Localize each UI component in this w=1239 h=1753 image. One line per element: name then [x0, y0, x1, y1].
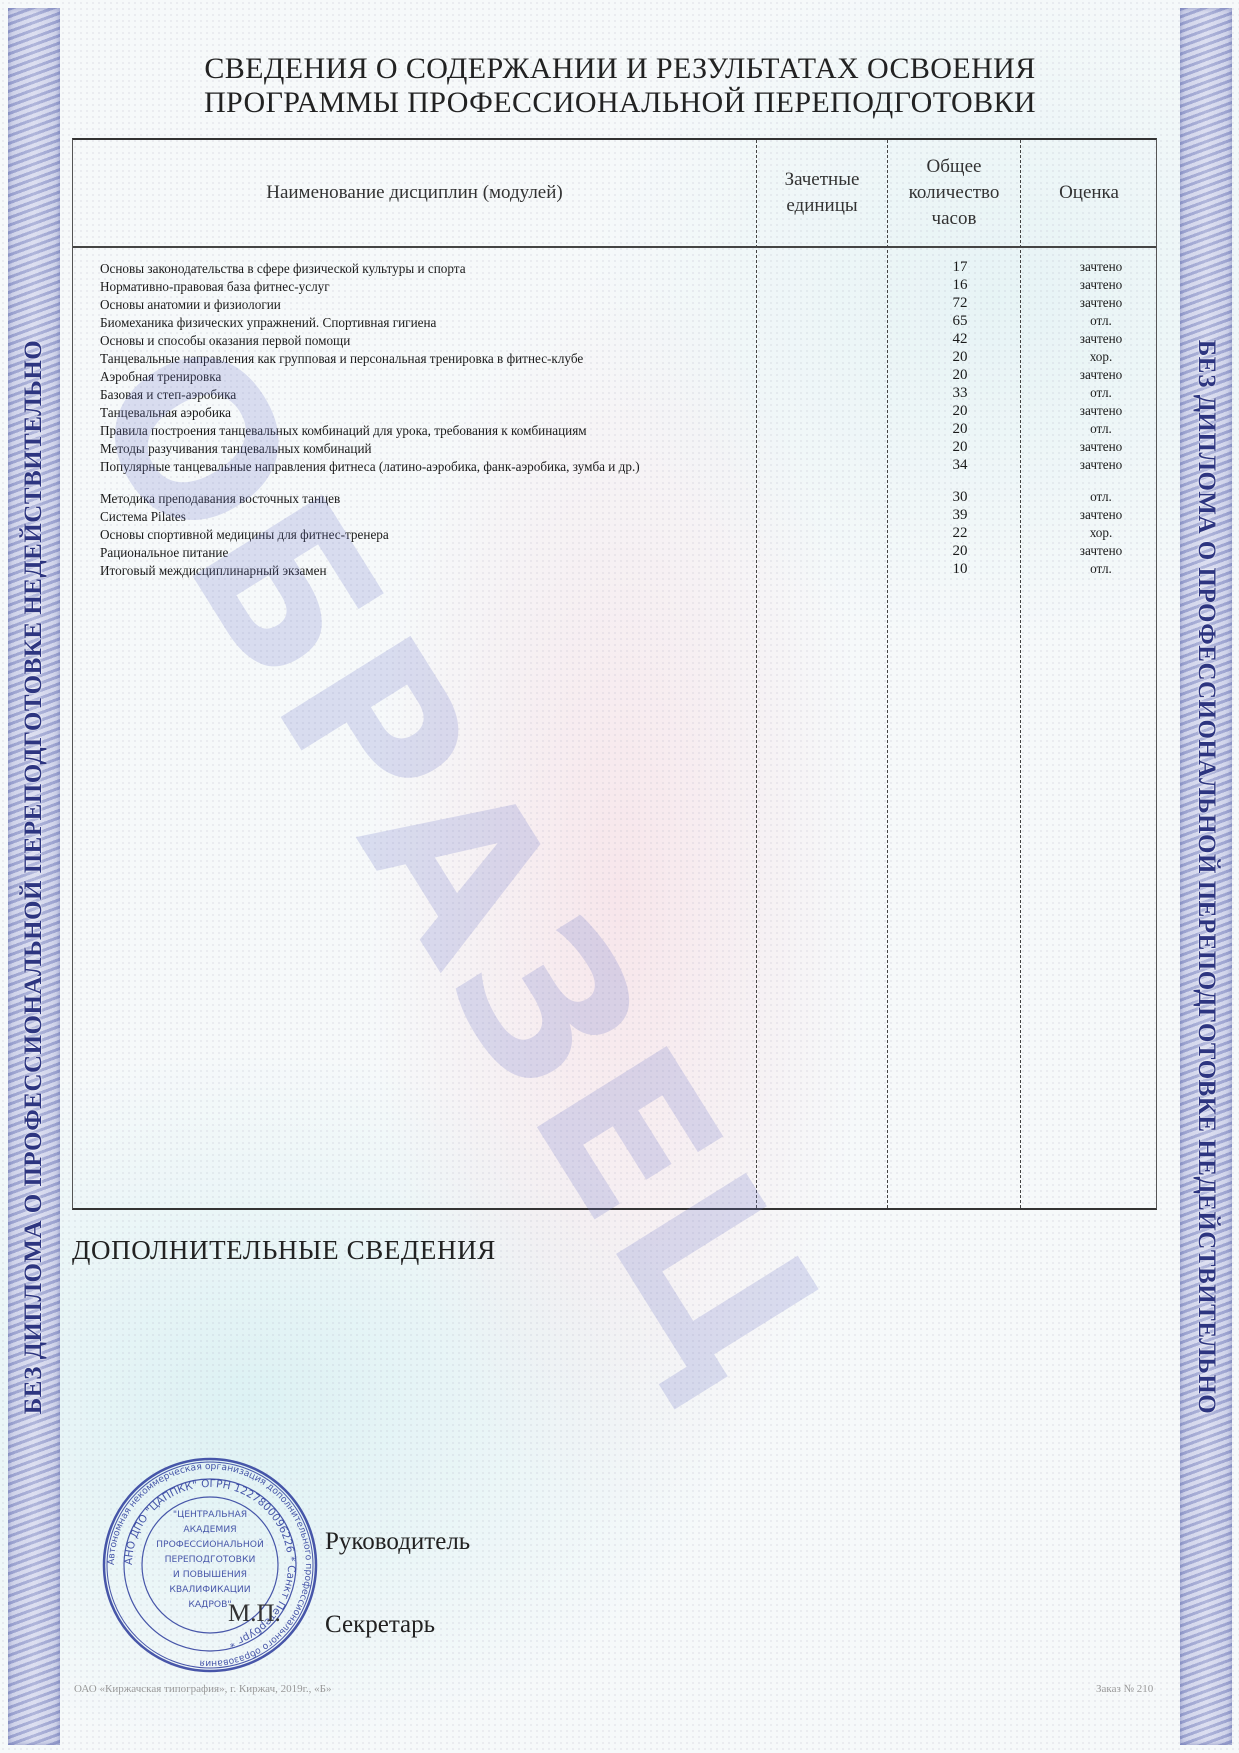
- order-number: Заказ № 210: [1096, 1683, 1153, 1695]
- printer-imprint: ОАО «Киржачская типография», г. Киржач, …: [74, 1683, 332, 1695]
- cell-name: Аэробная тренировка: [100, 370, 700, 384]
- cell-name: Правила построения танцевальных комбинац…: [100, 424, 700, 438]
- cell-grade: хор.: [1046, 526, 1156, 540]
- svg-text:"ЦЕНТРАЛЬНАЯ: "ЦЕНТРАЛЬНАЯ: [173, 1509, 247, 1520]
- cell-name: Базовая и степ-аэробика: [100, 388, 700, 402]
- cell-hours: 20: [930, 404, 990, 418]
- cell-hours: 65: [930, 314, 990, 328]
- cell-grade: зачтено: [1046, 278, 1156, 292]
- cell-grade: зачтено: [1046, 508, 1156, 522]
- cell-grade: зачтено: [1046, 296, 1156, 310]
- cell-name: Методика преподавания восточных танцев: [100, 492, 700, 506]
- svg-text:КВАЛИФИКАЦИИ: КВАЛИФИКАЦИИ: [169, 1584, 250, 1595]
- table-row: Нормативно-правовая база фитнес-услуг16з…: [100, 278, 1150, 296]
- table-row: Система Pilates39зачтено: [100, 508, 1150, 526]
- cell-name: Основы и способы оказания первой помощи: [100, 334, 700, 348]
- table-row: Популярные танцевальные направления фитн…: [100, 458, 1150, 490]
- cell-name: Методы разучивания танцевальных комбинац…: [100, 442, 700, 456]
- table-row: Рациональное питание20зачтено: [100, 544, 1150, 562]
- table-row: Танцевальные направления как групповая и…: [100, 350, 1150, 368]
- document-page: БЕЗ ДИПЛОМА О ПРОФЕССИОНАЛЬНОЙ ПЕРЕПОДГО…: [0, 0, 1239, 1753]
- cell-name: Основы законодательства в сфере физическ…: [100, 262, 700, 276]
- table-row: Биомеханика физических упражнений. Спорт…: [100, 314, 1150, 332]
- header-divider: [73, 246, 1156, 248]
- cell-hours: 17: [930, 260, 990, 274]
- table-row: Основы и способы оказания первой помощи4…: [100, 332, 1150, 350]
- left-security-border: БЕЗ ДИПЛОМА О ПРОФЕССИОНАЛЬНОЙ ПЕРЕПОДГО…: [8, 8, 60, 1745]
- table-row: Основы спортивной медицины для фитнес-тр…: [100, 526, 1150, 544]
- cell-hours: 20: [930, 544, 990, 558]
- cell-grade: зачтено: [1046, 260, 1156, 274]
- cell-hours: 72: [930, 296, 990, 310]
- header-hours-line-3: часов: [909, 206, 1000, 232]
- cell-name: Основы спортивной медицины для фитнес-тр…: [100, 528, 700, 542]
- cell-grade: зачтено: [1046, 404, 1156, 418]
- additional-info-title: ДОПОЛНИТЕЛЬНЫЕ СВЕДЕНИЯ: [72, 1235, 496, 1266]
- cell-name: Нормативно-правовая база фитнес-услуг: [100, 280, 700, 294]
- header-credits: Зачетные единицы: [757, 140, 887, 246]
- cell-hours: 20: [930, 368, 990, 382]
- left-border-text: БЕЗ ДИПЛОМА О ПРОФЕССИОНАЛЬНОЙ ПЕРЕПОДГО…: [20, 339, 48, 1413]
- cell-name: Популярные танцевальные направления фитн…: [100, 460, 700, 474]
- cell-name: Танцевальная аэробика: [100, 406, 700, 420]
- header-total-hours: Общее количество часов: [888, 140, 1020, 246]
- svg-text:КАДРОВ": КАДРОВ": [188, 1599, 231, 1610]
- title-line-1: СВЕДЕНИЯ О СОДЕРЖАНИИ И РЕЗУЛЬТАТАХ ОСВО…: [150, 52, 1090, 86]
- table-row: Итоговый междисциплинарный экзамен10отл.: [100, 562, 1150, 580]
- cell-hours: 22: [930, 526, 990, 540]
- cell-grade: зачтено: [1046, 332, 1156, 346]
- right-border-text: БЕЗ ДИПЛОМА О ПРОФЕССИОНАЛЬНОЙ ПЕРЕПОДГО…: [1192, 339, 1220, 1413]
- seal-placeholder-mark: М.П.: [228, 1600, 281, 1628]
- head-signature-label: Руководитель: [325, 1528, 470, 1556]
- page-title: СВЕДЕНИЯ О СОДЕРЖАНИИ И РЕЗУЛЬТАТАХ ОСВО…: [150, 52, 1090, 120]
- cell-grade: отл.: [1046, 386, 1156, 400]
- header-discipline-name: Наименование дисциплин (модулей): [73, 140, 756, 246]
- svg-text:ПРОФЕССИОНАЛЬНОЙ: ПРОФЕССИОНАЛЬНОЙ: [156, 1538, 264, 1550]
- table-row: Основы анатомии и физиологии72зачтено: [100, 296, 1150, 314]
- title-line-2: ПРОГРАММЫ ПРОФЕССИОНАЛЬНОЙ ПЕРЕПОДГОТОВК…: [150, 86, 1090, 120]
- header-credits-line-2: единицы: [785, 193, 860, 219]
- cell-hours: 39: [930, 508, 990, 522]
- cell-grade: зачтено: [1046, 544, 1156, 558]
- table-row: Базовая и степ-аэробика33отл.: [100, 386, 1150, 404]
- cell-hours: 30: [930, 490, 990, 504]
- table-row: Основы законодательства в сфере физическ…: [100, 260, 1150, 278]
- table-row: Методика преподавания восточных танцев30…: [100, 490, 1150, 508]
- cell-grade: зачтено: [1046, 440, 1156, 454]
- cell-hours: 34: [930, 458, 990, 472]
- cell-grade: отл.: [1046, 422, 1156, 436]
- header-hours-line-2: количество: [909, 180, 1000, 206]
- cell-hours: 10: [930, 562, 990, 576]
- cell-grade: отл.: [1046, 490, 1156, 504]
- cell-hours: 20: [930, 440, 990, 454]
- seal-stamp-icon: Автономная некоммерческая организация до…: [100, 1455, 320, 1675]
- cell-hours: 20: [930, 350, 990, 364]
- svg-text:И ПОВЫШЕНИЯ: И ПОВЫШЕНИЯ: [173, 1569, 247, 1580]
- header-hours-line-1: Общее: [909, 154, 1000, 180]
- secretary-signature-label: Секретарь: [325, 1611, 435, 1639]
- cell-name: Биомеханика физических упражнений. Спорт…: [100, 316, 700, 330]
- table-row: Танцевальная аэробика20зачтено: [100, 404, 1150, 422]
- cell-hours: 16: [930, 278, 990, 292]
- header-grade: Оценка: [1021, 140, 1157, 246]
- svg-text:ПЕРЕПОДГОТОВКИ: ПЕРЕПОДГОТОВКИ: [165, 1554, 256, 1565]
- svg-text:АКАДЕМИЯ: АКАДЕМИЯ: [183, 1524, 236, 1535]
- cell-name: Система Pilates: [100, 510, 700, 524]
- cell-name: Основы анатомии и физиологии: [100, 298, 700, 312]
- cell-grade: отл.: [1046, 314, 1156, 328]
- table-row: Аэробная тренировка20зачтено: [100, 368, 1150, 386]
- cell-hours: 42: [930, 332, 990, 346]
- cell-grade: отл.: [1046, 562, 1156, 576]
- cell-name: Итоговый междисциплинарный экзамен: [100, 564, 700, 578]
- table-row: Методы разучивания танцевальных комбинац…: [100, 440, 1150, 458]
- cell-hours: 20: [930, 422, 990, 436]
- cell-name: Танцевальные направления как групповая и…: [100, 352, 700, 366]
- cell-grade: зачтено: [1046, 368, 1156, 382]
- header-credits-line-1: Зачетные: [785, 167, 860, 193]
- table-row: Правила построения танцевальных комбинац…: [100, 422, 1150, 440]
- table-body: Основы законодательства в сфере физическ…: [100, 260, 1150, 580]
- cell-hours: 33: [930, 386, 990, 400]
- cell-grade: хор.: [1046, 350, 1156, 364]
- cell-grade: зачтено: [1046, 458, 1156, 472]
- right-security-border: БЕЗ ДИПЛОМА О ПРОФЕССИОНАЛЬНОЙ ПЕРЕПОДГО…: [1180, 8, 1232, 1745]
- cell-name: Рациональное питание: [100, 546, 700, 560]
